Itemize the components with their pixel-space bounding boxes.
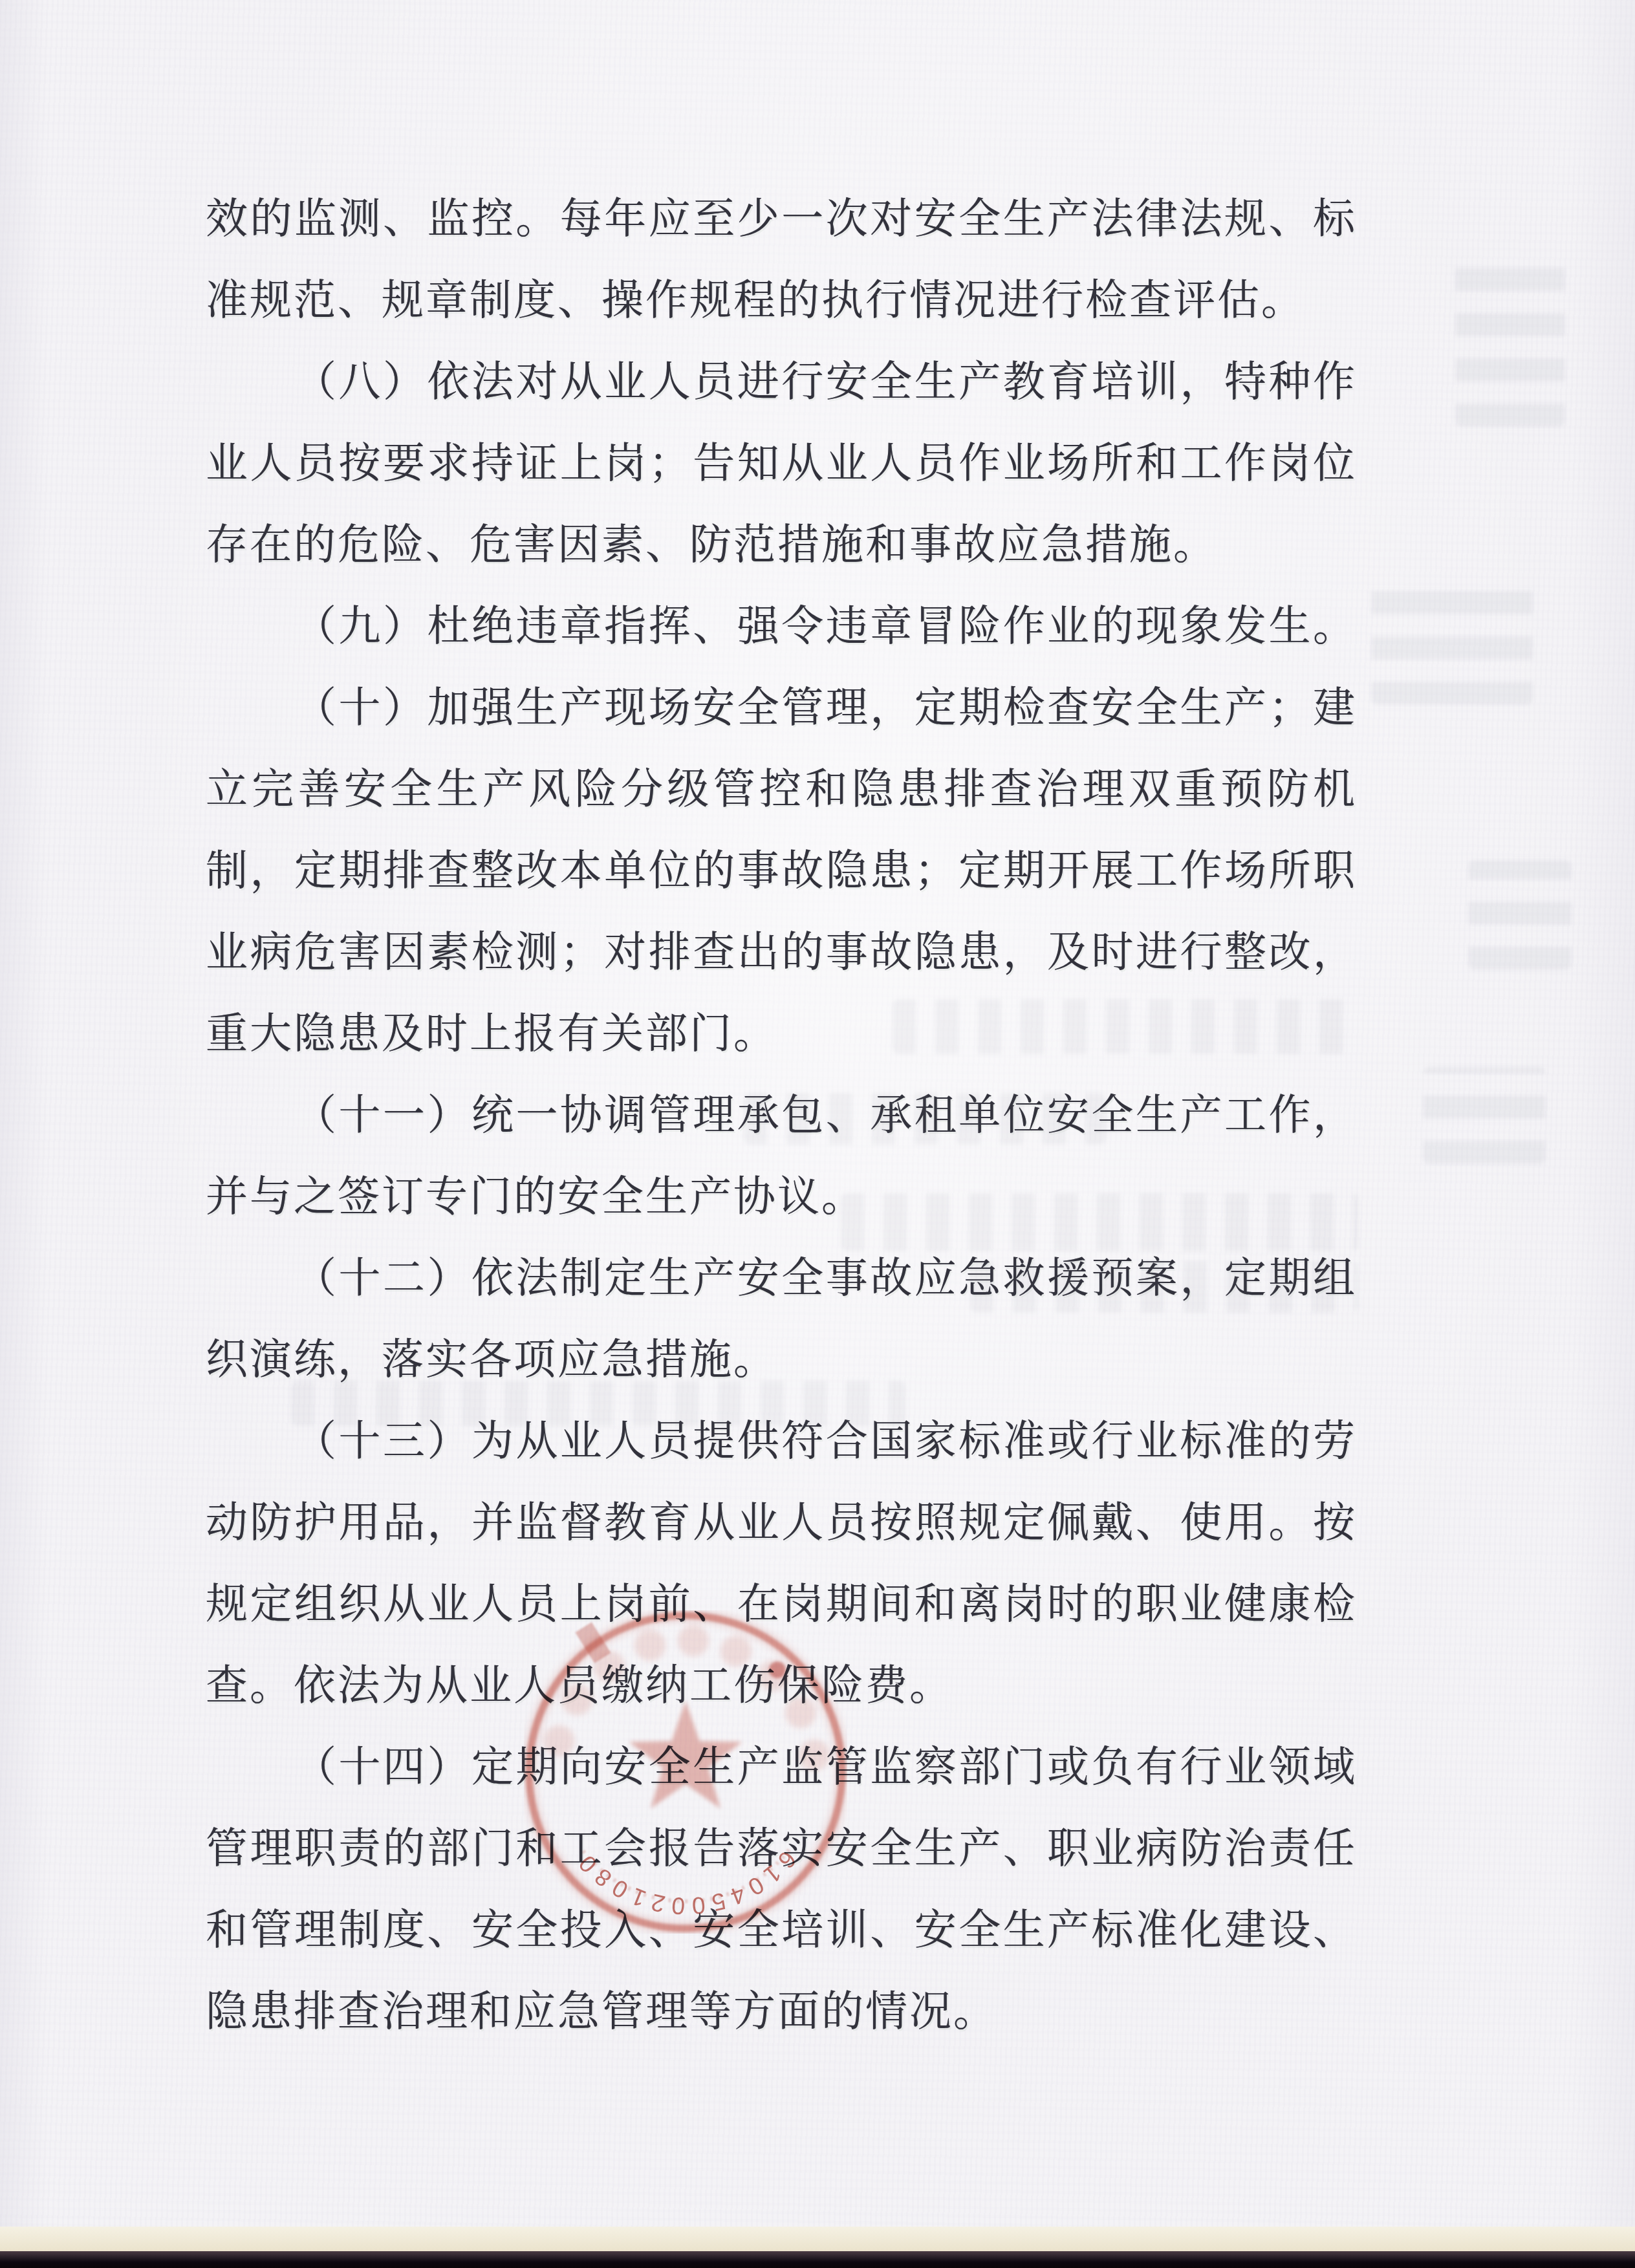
text-line: 效的监测、监控。每年应至少一次对安全生产法律法规、标	[206, 178, 1357, 260]
text-line: 准规范、规章制度、操作规程的执行情况进行检查评估。	[206, 260, 1357, 341]
text-line: 规定组织从业人员上岗前、在岗期间和离岗时的职业健康检	[206, 1564, 1357, 1645]
text-line: （九）杜绝违章指挥、强令违章冒险作业的现象发生。	[206, 586, 1357, 667]
text-line: 重大隐患及时上报有关部门。	[206, 993, 1357, 1075]
text-line: 管理职责的部门和工会报告落实安全生产、职业病防治责任	[206, 1808, 1357, 1890]
text-line: 织演练，落实各项应急措施。	[206, 1319, 1357, 1401]
text-line: （十二）依法制定生产安全事故应急救援预案，定期组	[206, 1238, 1357, 1319]
text-line: 业病危害因素检测；对排查出的事故隐患，及时进行整改，	[206, 912, 1357, 993]
text-line: 和管理制度、安全投入、安全培训、安全生产标准化建设、	[206, 1890, 1357, 1971]
scanner-edge-shadow	[0, 2251, 1635, 2268]
text-line: （十四）定期向安全生产监管监察部门或负有行业领域	[206, 1727, 1357, 1808]
text-line: （十一）统一协调管理承包、承租单位安全生产工作，	[206, 1075, 1357, 1156]
text-line: 并与之签订专门的安全生产协议。	[206, 1156, 1357, 1238]
text-line: 制，定期排查整改本单位的事故隐患；定期开展工作场所职	[206, 830, 1357, 912]
page-bottom-edge-highlight	[0, 2227, 1635, 2252]
scanned-document-page: 效的监测、监控。每年应至少一次对安全生产法律法规、标 准规范、规章制度、操作规程…	[0, 0, 1635, 2268]
text-line: 立完善安全生产风险分级管控和隐患排查治理双重预防机	[206, 749, 1357, 830]
bleed-through-mark	[1468, 860, 1572, 970]
text-line: （十三）为从业人员提供符合国家标准或行业标准的劳	[206, 1401, 1357, 1482]
text-line: 查。依法为从业人员缴纳工伤保险费。	[206, 1645, 1357, 1727]
text-line: （八）依法对从业人员进行安全生产教育培训，特种作	[206, 341, 1357, 423]
text-line: （十）加强生产现场安全管理，定期检查安全生产；建	[206, 667, 1357, 749]
document-text-block: 效的监测、监控。每年应至少一次对安全生产法律法规、标 准规范、规章制度、操作规程…	[206, 178, 1357, 2053]
bleed-through-mark	[1455, 259, 1565, 427]
text-line: 存在的危险、危害因素、防范措施和事故应急措施。	[206, 504, 1357, 586]
text-line: 动防护用品，并监督教育从业人员按照规定佩戴、使用。按	[206, 1482, 1357, 1564]
text-line: 业人员按要求持证上岗；告知从业人员作业场所和工作岗位	[206, 423, 1357, 504]
bleed-through-mark	[1371, 582, 1533, 705]
text-line: 隐患排查治理和应急管理等方面的情况。	[206, 1971, 1357, 2053]
bleed-through-mark	[1423, 1067, 1546, 1164]
